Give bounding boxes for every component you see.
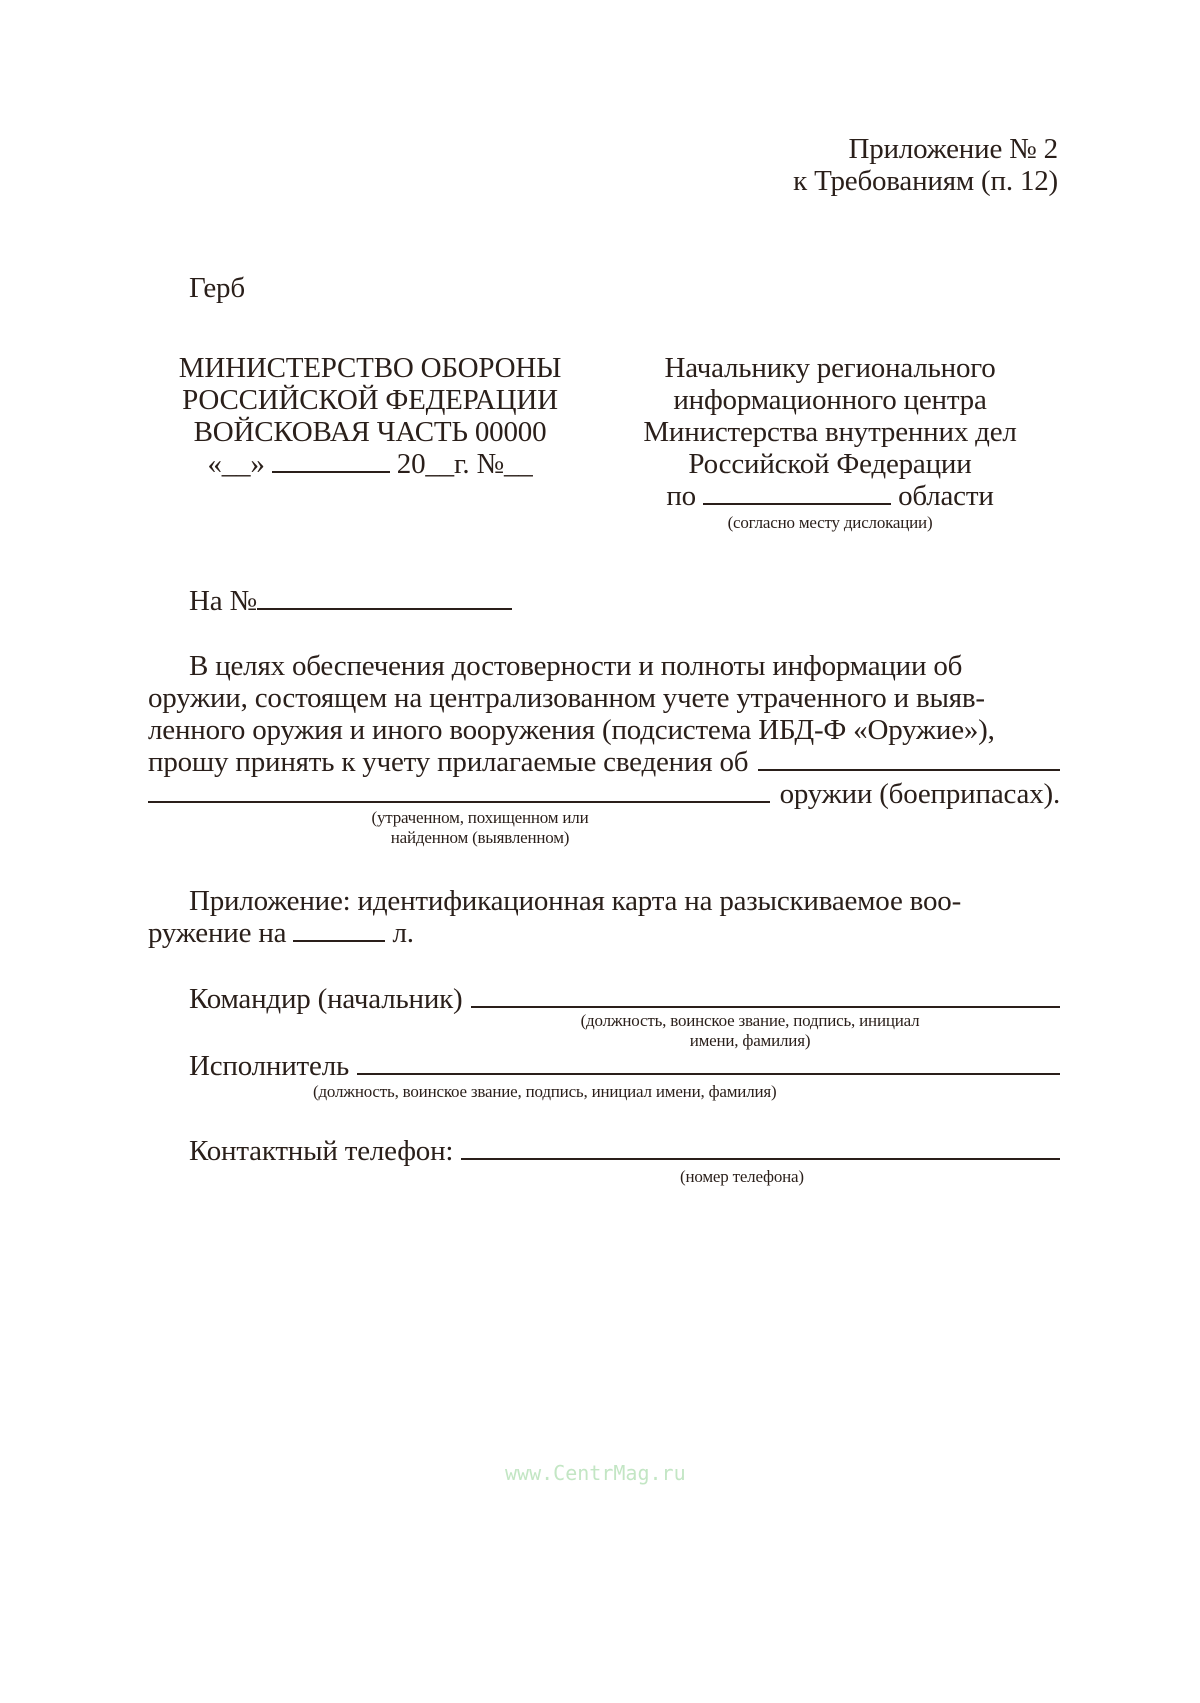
sender-date-line: «__» 20__г. №__ xyxy=(160,448,580,480)
sender-line-3: ВОЙСКОВАЯ ЧАСТЬ 00000 xyxy=(160,416,580,448)
commander-hint-line-2: имени, фамилия) xyxy=(540,1031,960,1051)
date-year-number-field[interactable]: 20__г. №__ xyxy=(397,448,533,480)
body-line-2: оружии, состоящем на централизованном уч… xyxy=(148,682,1060,714)
coat-of-arms-label: Герб xyxy=(189,272,245,304)
body-line-1: В целях обеспечения достоверности и полн… xyxy=(189,650,1060,682)
appendix-title: Приложение № 2 xyxy=(848,133,1058,165)
commander-hint: (должность, воинское звание, подпись, ин… xyxy=(540,1011,960,1051)
weapon-status-hint-line-2: найденном (выявленном) xyxy=(300,828,660,848)
body-line-5: оружии (боеприпасах). xyxy=(148,778,1060,810)
region-field[interactable] xyxy=(703,481,891,505)
commander-hint-line-1: (должность, воинское звание, подпись, ин… xyxy=(540,1011,960,1031)
watermark: www.CentrMag.ru xyxy=(505,1461,686,1485)
body-line-3: ленного оружия и иного вооружения (подси… xyxy=(148,714,1060,746)
attachment-prefix: ружение на xyxy=(148,917,286,949)
executor-signature-field[interactable] xyxy=(357,1051,1060,1075)
date-month-field[interactable] xyxy=(272,449,390,473)
attachment-suffix: л. xyxy=(392,917,413,949)
attachment-pages-field[interactable] xyxy=(293,918,385,942)
commander-signature-field[interactable] xyxy=(471,984,1061,1008)
phone-label: Контактный телефон: xyxy=(189,1135,453,1167)
body-line-5-text: оружии (боеприпасах). xyxy=(780,778,1060,810)
region-prefix: по xyxy=(666,480,696,512)
phone-hint: (номер телефона) xyxy=(680,1167,804,1187)
recipient-region-line: по области xyxy=(610,480,1050,512)
sender-line-2: РОССИЙСКОЙ ФЕДЕРАЦИИ xyxy=(160,384,580,416)
recipient-line-2: информационного центра xyxy=(610,384,1050,416)
recipient-line-1: Начальнику регионального xyxy=(610,352,1050,384)
executor-line: Исполнитель xyxy=(189,1050,1060,1082)
weapon-status-field-1[interactable] xyxy=(758,747,1060,771)
attachment-line-1: Приложение: идентификационная карта на р… xyxy=(189,885,961,917)
weapon-status-hint-line-1: (утраченном, похищенном или xyxy=(300,808,660,828)
reference-number-field[interactable] xyxy=(257,586,512,610)
body-line-4: прошу принять к учету прилагаемые сведен… xyxy=(148,746,1060,778)
weapon-status-field-2[interactable] xyxy=(148,779,770,803)
recipient-line-4: Российской Федерации xyxy=(610,448,1050,480)
recipient-line-3: Министерства внутренних дел xyxy=(610,416,1050,448)
phone-field[interactable] xyxy=(461,1136,1060,1160)
region-suffix: области xyxy=(898,480,994,512)
sender-block: МИНИСТЕРСТВО ОБОРОНЫ РОССИЙСКОЙ ФЕДЕРАЦИ… xyxy=(160,352,580,480)
sender-line-1: МИНИСТЕРСТВО ОБОРОНЫ xyxy=(160,352,580,384)
date-day-field[interactable]: «__» xyxy=(207,448,264,480)
body-line-4-text: прошу принять к учету прилагаемые сведен… xyxy=(148,746,748,778)
weapon-status-hint: (утраченном, похищенном или найденном (в… xyxy=(300,808,660,848)
commander-label: Командир (начальник) xyxy=(189,983,463,1015)
executor-label: Исполнитель xyxy=(189,1050,349,1082)
reference-line: На № xyxy=(189,585,512,617)
region-hint: (согласно месту дислокации) xyxy=(610,513,1050,533)
recipient-block: Начальнику регионального информационного… xyxy=(610,352,1050,512)
reference-label: На № xyxy=(189,585,257,617)
appendix-subtitle: к Требованиям (п. 12) xyxy=(793,165,1058,197)
phone-line: Контактный телефон: xyxy=(189,1135,1060,1167)
executor-hint: (должность, воинское звание, подпись, ин… xyxy=(313,1082,776,1102)
attachment-line-2: ружение на л. xyxy=(148,917,414,949)
